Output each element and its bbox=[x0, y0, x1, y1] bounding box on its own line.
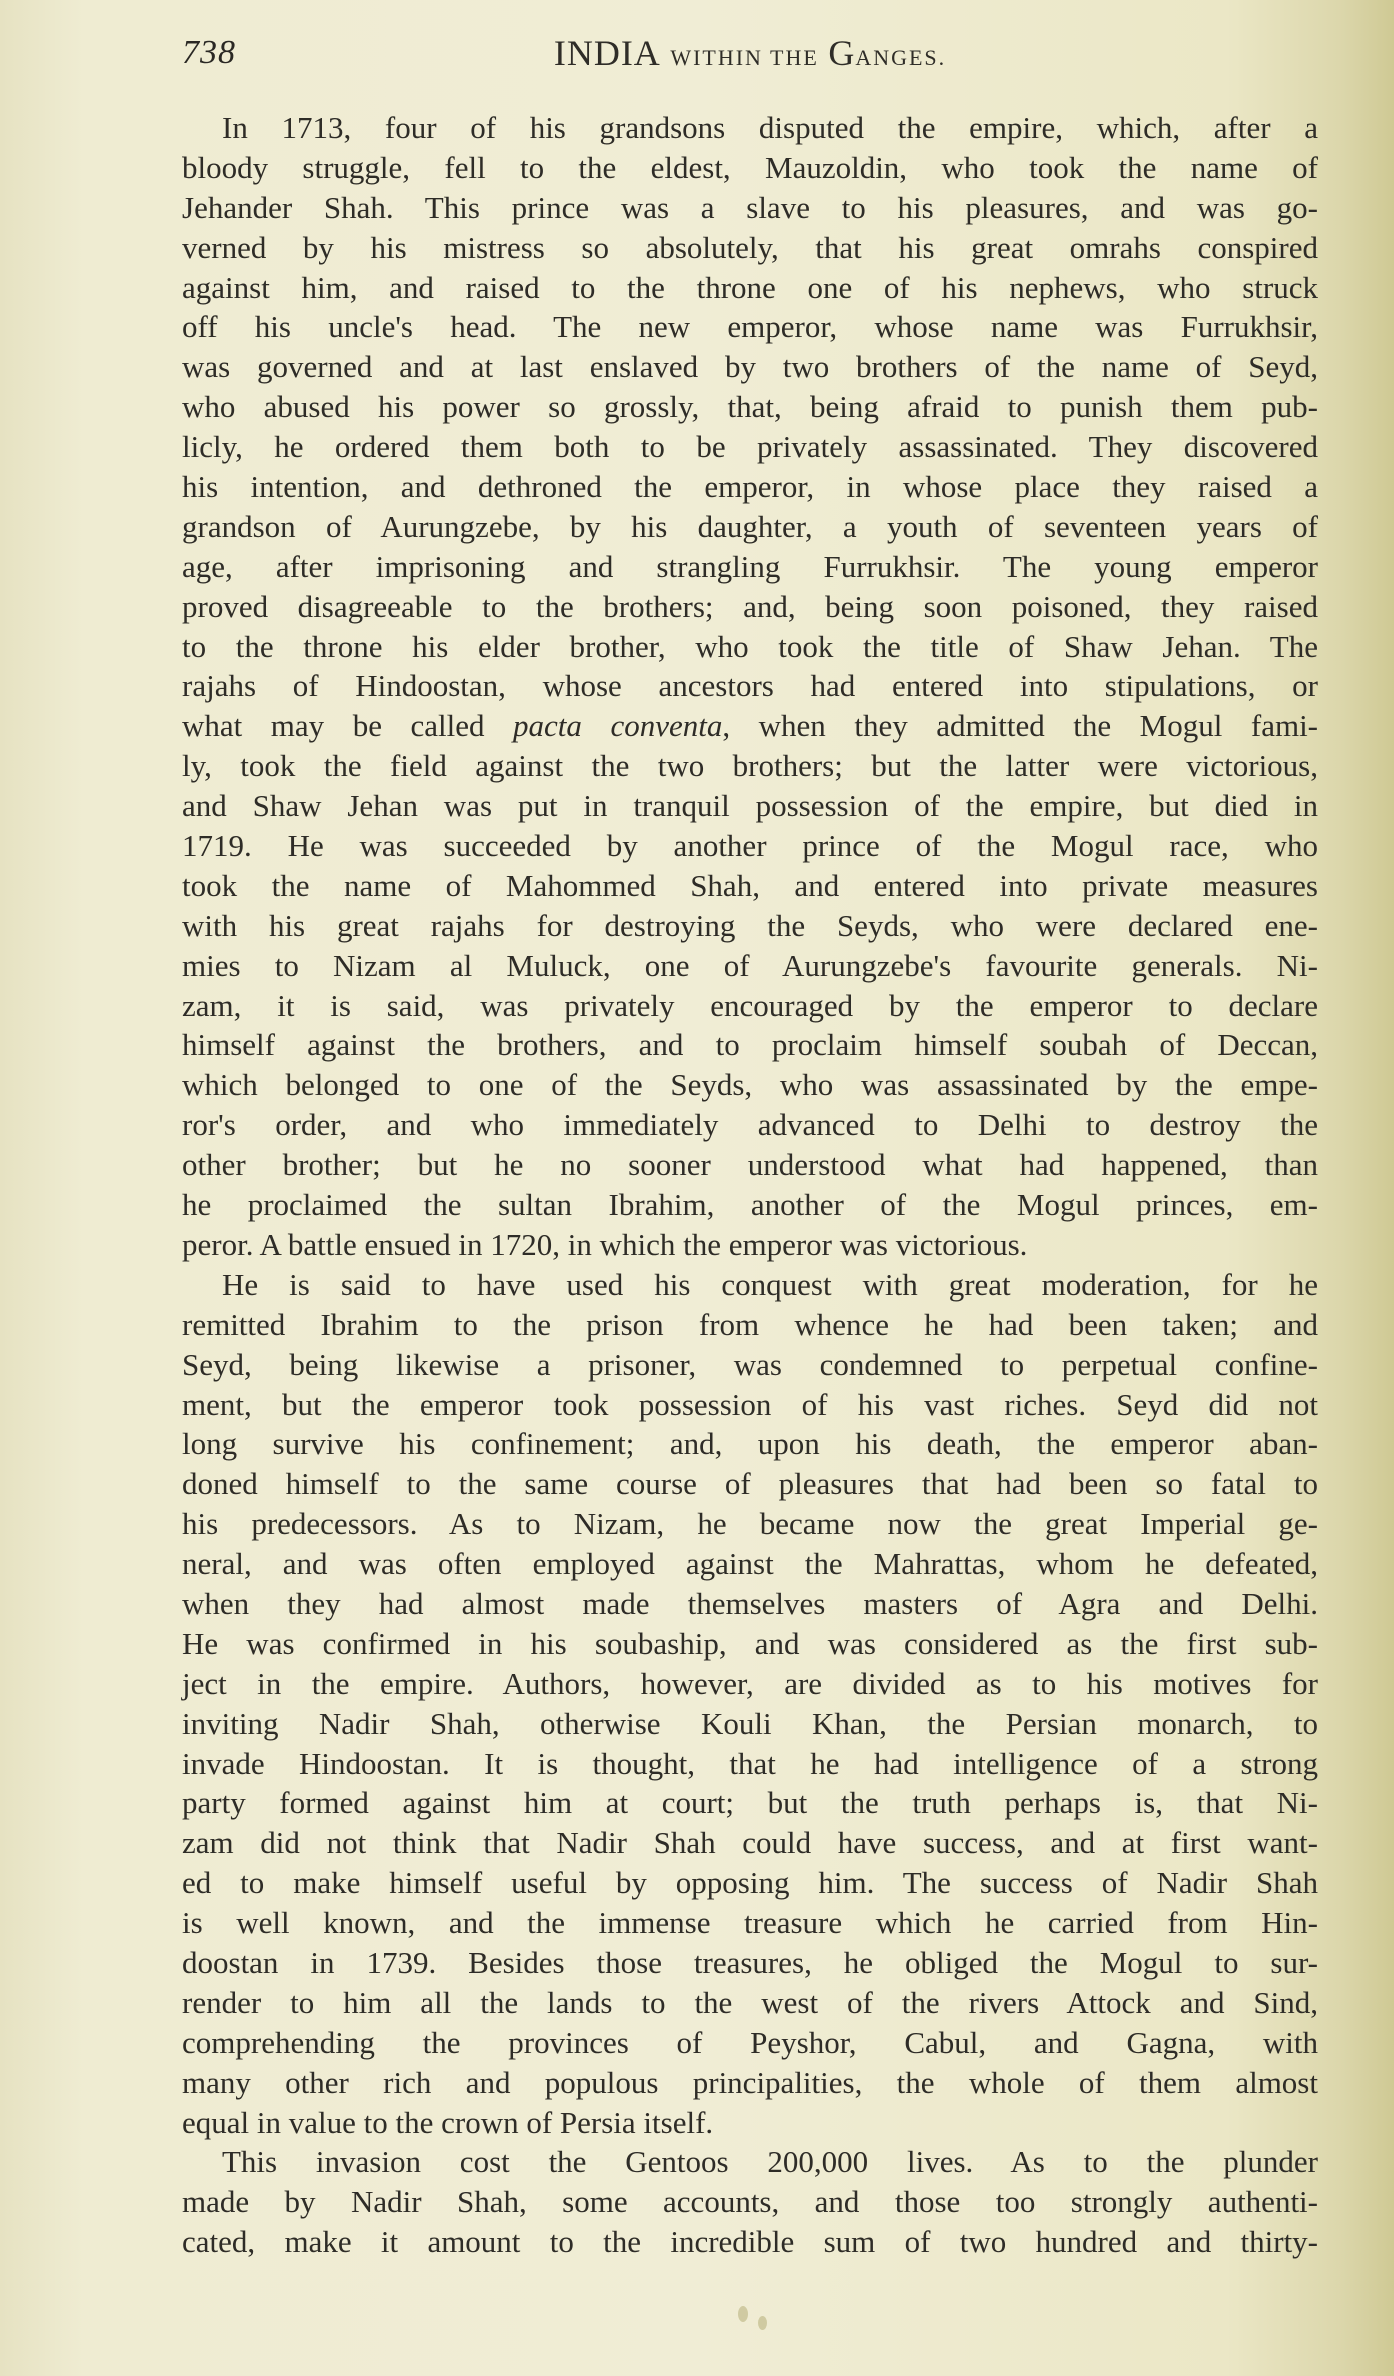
text-line: mies to Nizam al Muluck, one of Aurungze… bbox=[182, 946, 1318, 986]
text-line: cated, make it amount to the incredible … bbox=[182, 2222, 1318, 2262]
text-line: was governed and at last enslaved by two… bbox=[182, 347, 1318, 387]
text-line: ly, took the field against the two broth… bbox=[182, 746, 1318, 786]
latin-phrase: pacta conventa bbox=[513, 708, 722, 743]
text-line: This invasion cost the Gentoos 200,000 l… bbox=[182, 2142, 1318, 2182]
text-line: ed to make himself useful by opposing hi… bbox=[182, 1863, 1318, 1903]
text-line: long survive his confinement; and, upon … bbox=[182, 1424, 1318, 1464]
text-line: off his uncle's head. The new emperor, w… bbox=[182, 307, 1318, 347]
text-line: rajahs of Hindoostan, whose ancestors ha… bbox=[182, 666, 1318, 706]
running-head: 738 INDIA WITHIN THE GANGES. bbox=[182, 28, 1318, 78]
text-line: took the name of Mahommed Shah, and ente… bbox=[182, 866, 1318, 906]
text-line: which belonged to one of the Seyds, who … bbox=[182, 1065, 1318, 1105]
text-line: 1719. He was succeeded by another prince… bbox=[182, 826, 1318, 866]
text-line: his intention, and dethroned the emperor… bbox=[182, 467, 1318, 507]
text-line: his predecessors. As to Nizam, he became… bbox=[182, 1504, 1318, 1544]
text-line: he proclaimed the sultan Ibrahim, anothe… bbox=[182, 1185, 1318, 1225]
text-line: In 1713, four of his grandsons disputed … bbox=[182, 108, 1318, 148]
text-line: invade Hindoostan. It is thought, that h… bbox=[182, 1744, 1318, 1784]
book-page: 738 INDIA WITHIN THE GANGES. In 1713, fo… bbox=[0, 0, 1394, 2376]
body-text: In 1713, four of his grandsons disputed … bbox=[182, 108, 1318, 2262]
text-line: with his great rajahs for destroying the… bbox=[182, 906, 1318, 946]
text-line: himself against the brothers, and to pro… bbox=[182, 1025, 1318, 1065]
text-line: He is said to have used his conquest wit… bbox=[182, 1265, 1318, 1305]
text-line: Jehander Shah. This prince was a slave t… bbox=[182, 188, 1318, 228]
text-line: bloody struggle, fell to the eldest, Mau… bbox=[182, 148, 1318, 188]
text-line-with-italic: what may be called pacta conventa, when … bbox=[182, 706, 1318, 746]
text-line: peror. A battle ensued in 1720, in which… bbox=[182, 1225, 1318, 1265]
running-title-small-2: ANGES. bbox=[855, 45, 946, 70]
text-line: He was confirmed in his soubaship, and w… bbox=[182, 1624, 1318, 1664]
text-line: proved disagreeable to the brothers; and… bbox=[182, 587, 1318, 627]
text-line: doostan in 1739. Besides those treasures… bbox=[182, 1943, 1318, 1983]
text-line: verned by his mistress so absolutely, th… bbox=[182, 228, 1318, 268]
paper-stain bbox=[738, 2306, 748, 2322]
text-line: licly, he ordered them both to be privat… bbox=[182, 427, 1318, 467]
paper-stain bbox=[758, 2316, 767, 2330]
running-title-main: INDIA bbox=[554, 33, 661, 73]
text-line: equal in value to the crown of Persia it… bbox=[182, 2103, 1318, 2143]
text-line: age, after imprisoning and strangling Fu… bbox=[182, 547, 1318, 587]
text-line: zam did not think that Nadir Shah could … bbox=[182, 1823, 1318, 1863]
text-line: against him, and raised to the throne on… bbox=[182, 268, 1318, 308]
text-after-italic: , when they admitted the Mogul fami- bbox=[722, 708, 1318, 743]
text-line: neral, and was often employed against th… bbox=[182, 1544, 1318, 1584]
text-line: inviting Nadir Shah, otherwise Kouli Kha… bbox=[182, 1704, 1318, 1744]
text-line: party formed against him at court; but t… bbox=[182, 1783, 1318, 1823]
text-line: and Shaw Jehan was put in tranquil posse… bbox=[182, 786, 1318, 826]
text-line: who abused his power so grossly, that, b… bbox=[182, 387, 1318, 427]
text-line: when they had almost made themselves mas… bbox=[182, 1584, 1318, 1624]
text-line: zam, it is said, was privately encourage… bbox=[182, 986, 1318, 1026]
running-title: INDIA WITHIN THE GANGES. bbox=[182, 32, 1318, 74]
text-line: ject in the empire. Authors, however, ar… bbox=[182, 1664, 1318, 1704]
text-line: comprehending the provinces of Peyshor, … bbox=[182, 2023, 1318, 2063]
text-line: is well known, and the immense treasure … bbox=[182, 1903, 1318, 1943]
text-line: many other rich and populous principalit… bbox=[182, 2063, 1318, 2103]
text-line: made by Nadir Shah, some accounts, and t… bbox=[182, 2182, 1318, 2222]
text-line: to the throne his elder brother, who too… bbox=[182, 627, 1318, 667]
text-line: ror's order, and who immediately advance… bbox=[182, 1105, 1318, 1145]
text-line: Seyd, being likewise a prisoner, was con… bbox=[182, 1345, 1318, 1385]
text-line: doned himself to the same course of plea… bbox=[182, 1464, 1318, 1504]
text-line: render to him all the lands to the west … bbox=[182, 1983, 1318, 2023]
text-line: grandson of Aurungzebe, by his daughter,… bbox=[182, 507, 1318, 547]
text-line: remitted Ibrahim to the prison from when… bbox=[182, 1305, 1318, 1345]
running-title-small-1: WITHIN THE bbox=[670, 45, 819, 70]
text-before-italic: what may be called bbox=[182, 708, 513, 743]
text-line: other brother; but he no sooner understo… bbox=[182, 1145, 1318, 1185]
running-title-cap: G bbox=[828, 33, 855, 73]
text-line: ment, but the emperor took possession of… bbox=[182, 1385, 1318, 1425]
